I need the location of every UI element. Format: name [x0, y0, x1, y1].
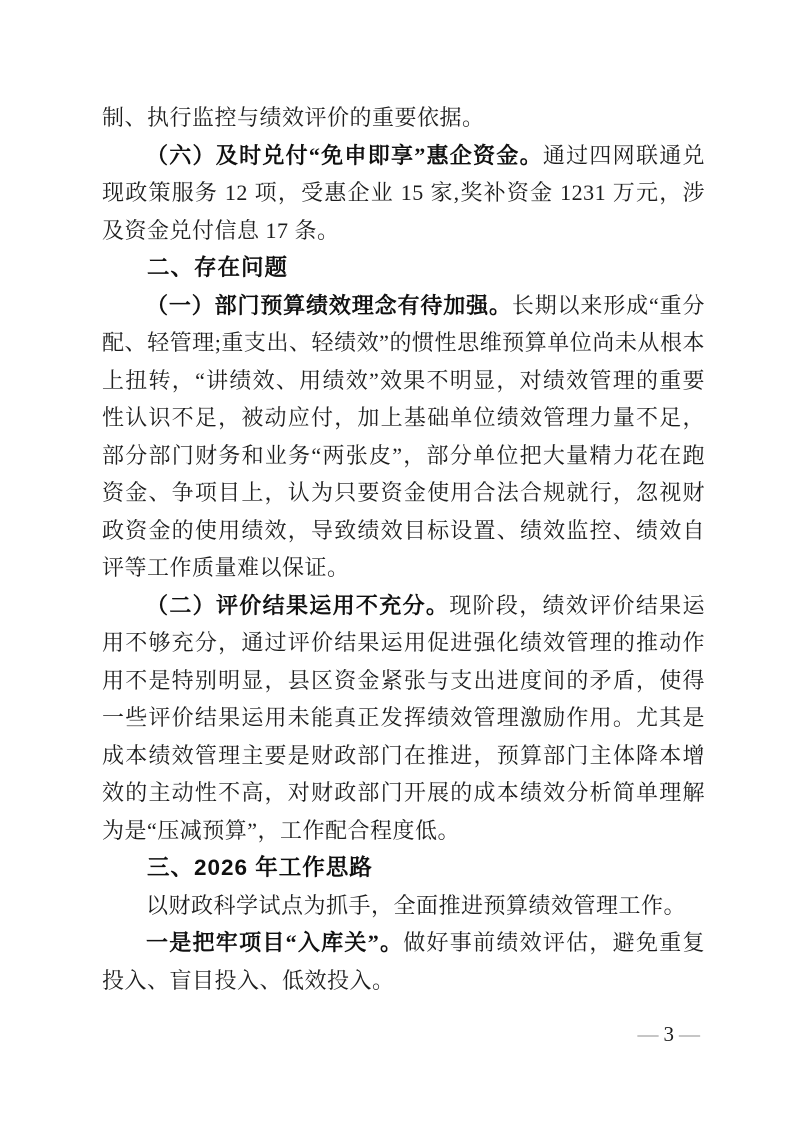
paragraph-lead-bold: （六）及时兑付“免申即享”惠企资金。 — [146, 143, 543, 168]
paragraph-plan-intro: 以财政科学试点为抓手，全面推进预算绩效管理工作。 — [102, 887, 705, 925]
paragraph-continuation: 制、执行监控与绩效评价的重要依据。 — [102, 99, 705, 137]
paragraph-item-6: （六）及时兑付“免申即享”惠企资金。通过四网联通兑现政策服务 12 项，受惠企业… — [102, 137, 705, 250]
paragraph-text: 长期以来形成“重分配、轻管理;重支出、轻绩效”的惯性思维预算单位尚未从根本上扭转… — [102, 293, 705, 581]
document-page: 制、执行监控与绩效评价的重要依据。 （六）及时兑付“免申即享”惠企资金。通过四网… — [0, 0, 793, 1122]
paragraph-problem-2: （二）评价结果运用不充分。现阶段，绩效评价结果运用不够充分，通过评价结果运用促进… — [102, 587, 705, 850]
paragraph-lead-bold: （一）部门预算绩效理念有待加强。 — [146, 293, 512, 318]
section-heading-problems: 二、存在问题 — [102, 249, 705, 287]
paragraph-lead-bold: 一是把牢项目“入库关”。 — [146, 930, 403, 955]
paragraph-plan-item-1: 一是把牢项目“入库关”。做好事前绩效评估，避免重复投入、盲目投入、低效投入。 — [102, 924, 705, 999]
paragraph-text: 制、执行监控与绩效评价的重要依据。 — [102, 105, 485, 130]
paragraph-lead-bold: （二）评价结果运用不充分。 — [146, 593, 449, 618]
page-number: —3— — [638, 1021, 702, 1047]
paragraph-text: 以财政科学试点为抓手，全面推进预算绩效管理工作。 — [146, 893, 686, 918]
page-number-value: 3 — [660, 1022, 680, 1046]
paragraph-text: 现阶段，绩效评价结果运用不够充分，通过评价结果运用促进强化绩效管理的推动作用不是… — [102, 593, 705, 843]
section-heading-2026-plan: 三、2026 年工作思路 — [102, 849, 705, 887]
page-number-dash-right: — — [679, 1022, 701, 1046]
paragraph-problem-1: （一）部门预算绩效理念有待加强。长期以来形成“重分配、轻管理;重支出、轻绩效”的… — [102, 287, 705, 587]
document-body: 制、执行监控与绩效评价的重要依据。 （六）及时兑付“免申即享”惠企资金。通过四网… — [102, 99, 705, 999]
page-number-dash-left: — — [638, 1022, 660, 1046]
